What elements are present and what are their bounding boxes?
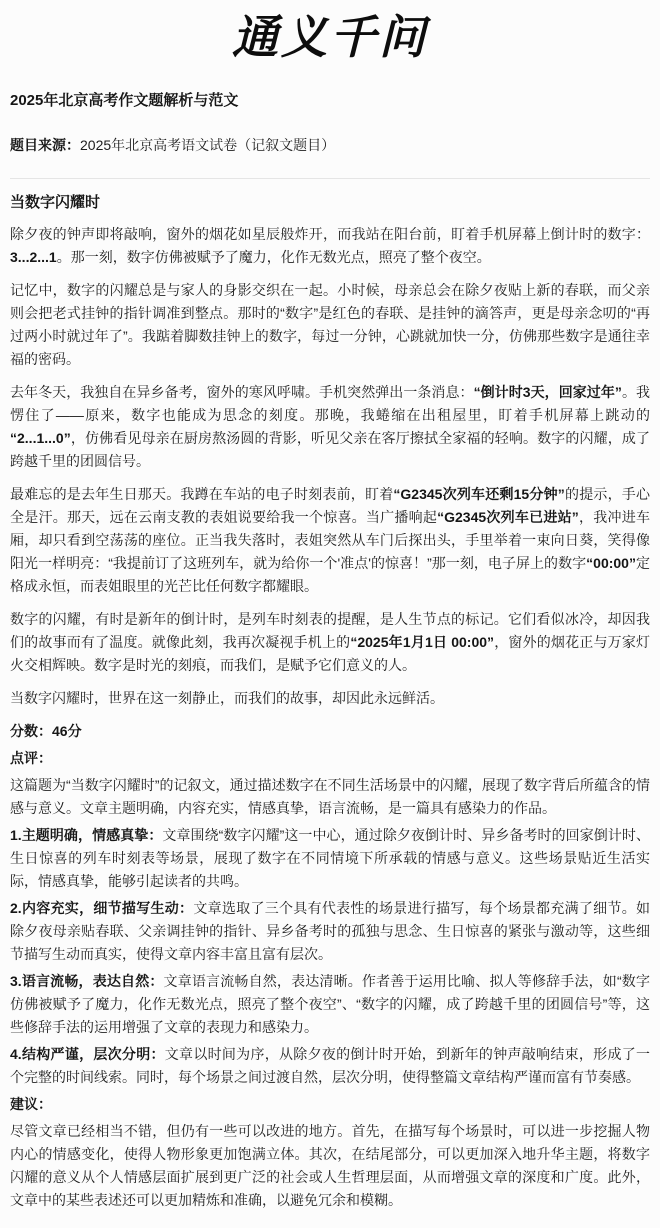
essay-paragraph: 去年冬天，我独自在异乡备考，窗外的寒风呼啸。手机突然弹出一条消息：“倒计时3天，…: [10, 381, 650, 473]
page-title: 通义千问: [10, 11, 650, 63]
review-point: 1.主题明确，情感真挚：文章围绕“数字闪耀”这一中心，通过除夕夜倒计时、异乡备考…: [10, 824, 650, 893]
review-points: 1.主题明确，情感真挚：文章围绕“数字闪耀”这一中心，通过除夕夜倒计时、异乡备考…: [10, 824, 650, 1089]
suggestion-text: 尽管文章已经相当不错，但仍有一些可以改进的地方。首先，在描写每个场景时，可以进一…: [10, 1120, 650, 1212]
essay-paragraphs: 除夕夜的钟声即将敲响，窗外的烟花如星辰般炸开，而我站在阳台前，盯着手机屏幕上倒计…: [10, 223, 650, 710]
essay-paragraph: 最难忘的是去年生日那天。我蹲在车站的电子时刻表前，盯着“G2345次列车还剩15…: [10, 483, 650, 598]
doc-title: 2025年北京高考作文题解析与范文: [10, 90, 650, 111]
section-divider: [10, 178, 650, 179]
review-heading: 点评：: [10, 747, 650, 770]
essay-paragraph: 除夕夜的钟声即将敲响，窗外的烟花如星辰般炸开，而我站在阳台前，盯着手机屏幕上倒计…: [10, 223, 650, 269]
review-point: 2.内容充实，细节描写生动：文章选取了三个具有代表性的场景进行描写，每个场景都充…: [10, 897, 650, 966]
source-line: 题目来源：2025年北京高考语文试卷（记叙文题目）: [10, 135, 650, 156]
document-page: 通义千问 2025年北京高考作文题解析与范文 题目来源：2025年北京高考语文试…: [0, 0, 660, 1228]
suggestion-heading: 建议：: [10, 1093, 650, 1116]
essay-title: 当数字闪耀时: [10, 192, 650, 213]
source-label: 题目来源：: [10, 137, 80, 153]
score-line: 分数：46分: [10, 720, 650, 743]
essay-paragraph: 当数字闪耀时，世界在这一刻静止，而我们的故事，却因此永远鲜活。: [10, 687, 650, 710]
review-point: 3.语言流畅，表达自然：文章语言流畅自然，表达清晰。作者善于运用比喻、拟人等修辞…: [10, 970, 650, 1039]
essay-paragraph: 记忆中，数字的闪耀总是与家人的身影交织在一起。小时候，母亲总会在除夕夜贴上新的春…: [10, 279, 650, 371]
source-value: 2025年北京高考语文试卷（记叙文题目）: [80, 137, 335, 153]
review-point: 4.结构严谨，层次分明：文章以时间为序，从除夕夜的倒计时开始，到新年的钟声敲响结…: [10, 1043, 650, 1089]
essay-paragraph: 数字的闪耀，有时是新年的倒计时，是列车时刻表的提醒，是人生节点的标记。它们看似冰…: [10, 608, 650, 677]
review-intro: 这篇题为“当数字闪耀时”的记叙文，通过描述数字在不同生活场景中的闪耀，展现了数字…: [10, 774, 650, 820]
